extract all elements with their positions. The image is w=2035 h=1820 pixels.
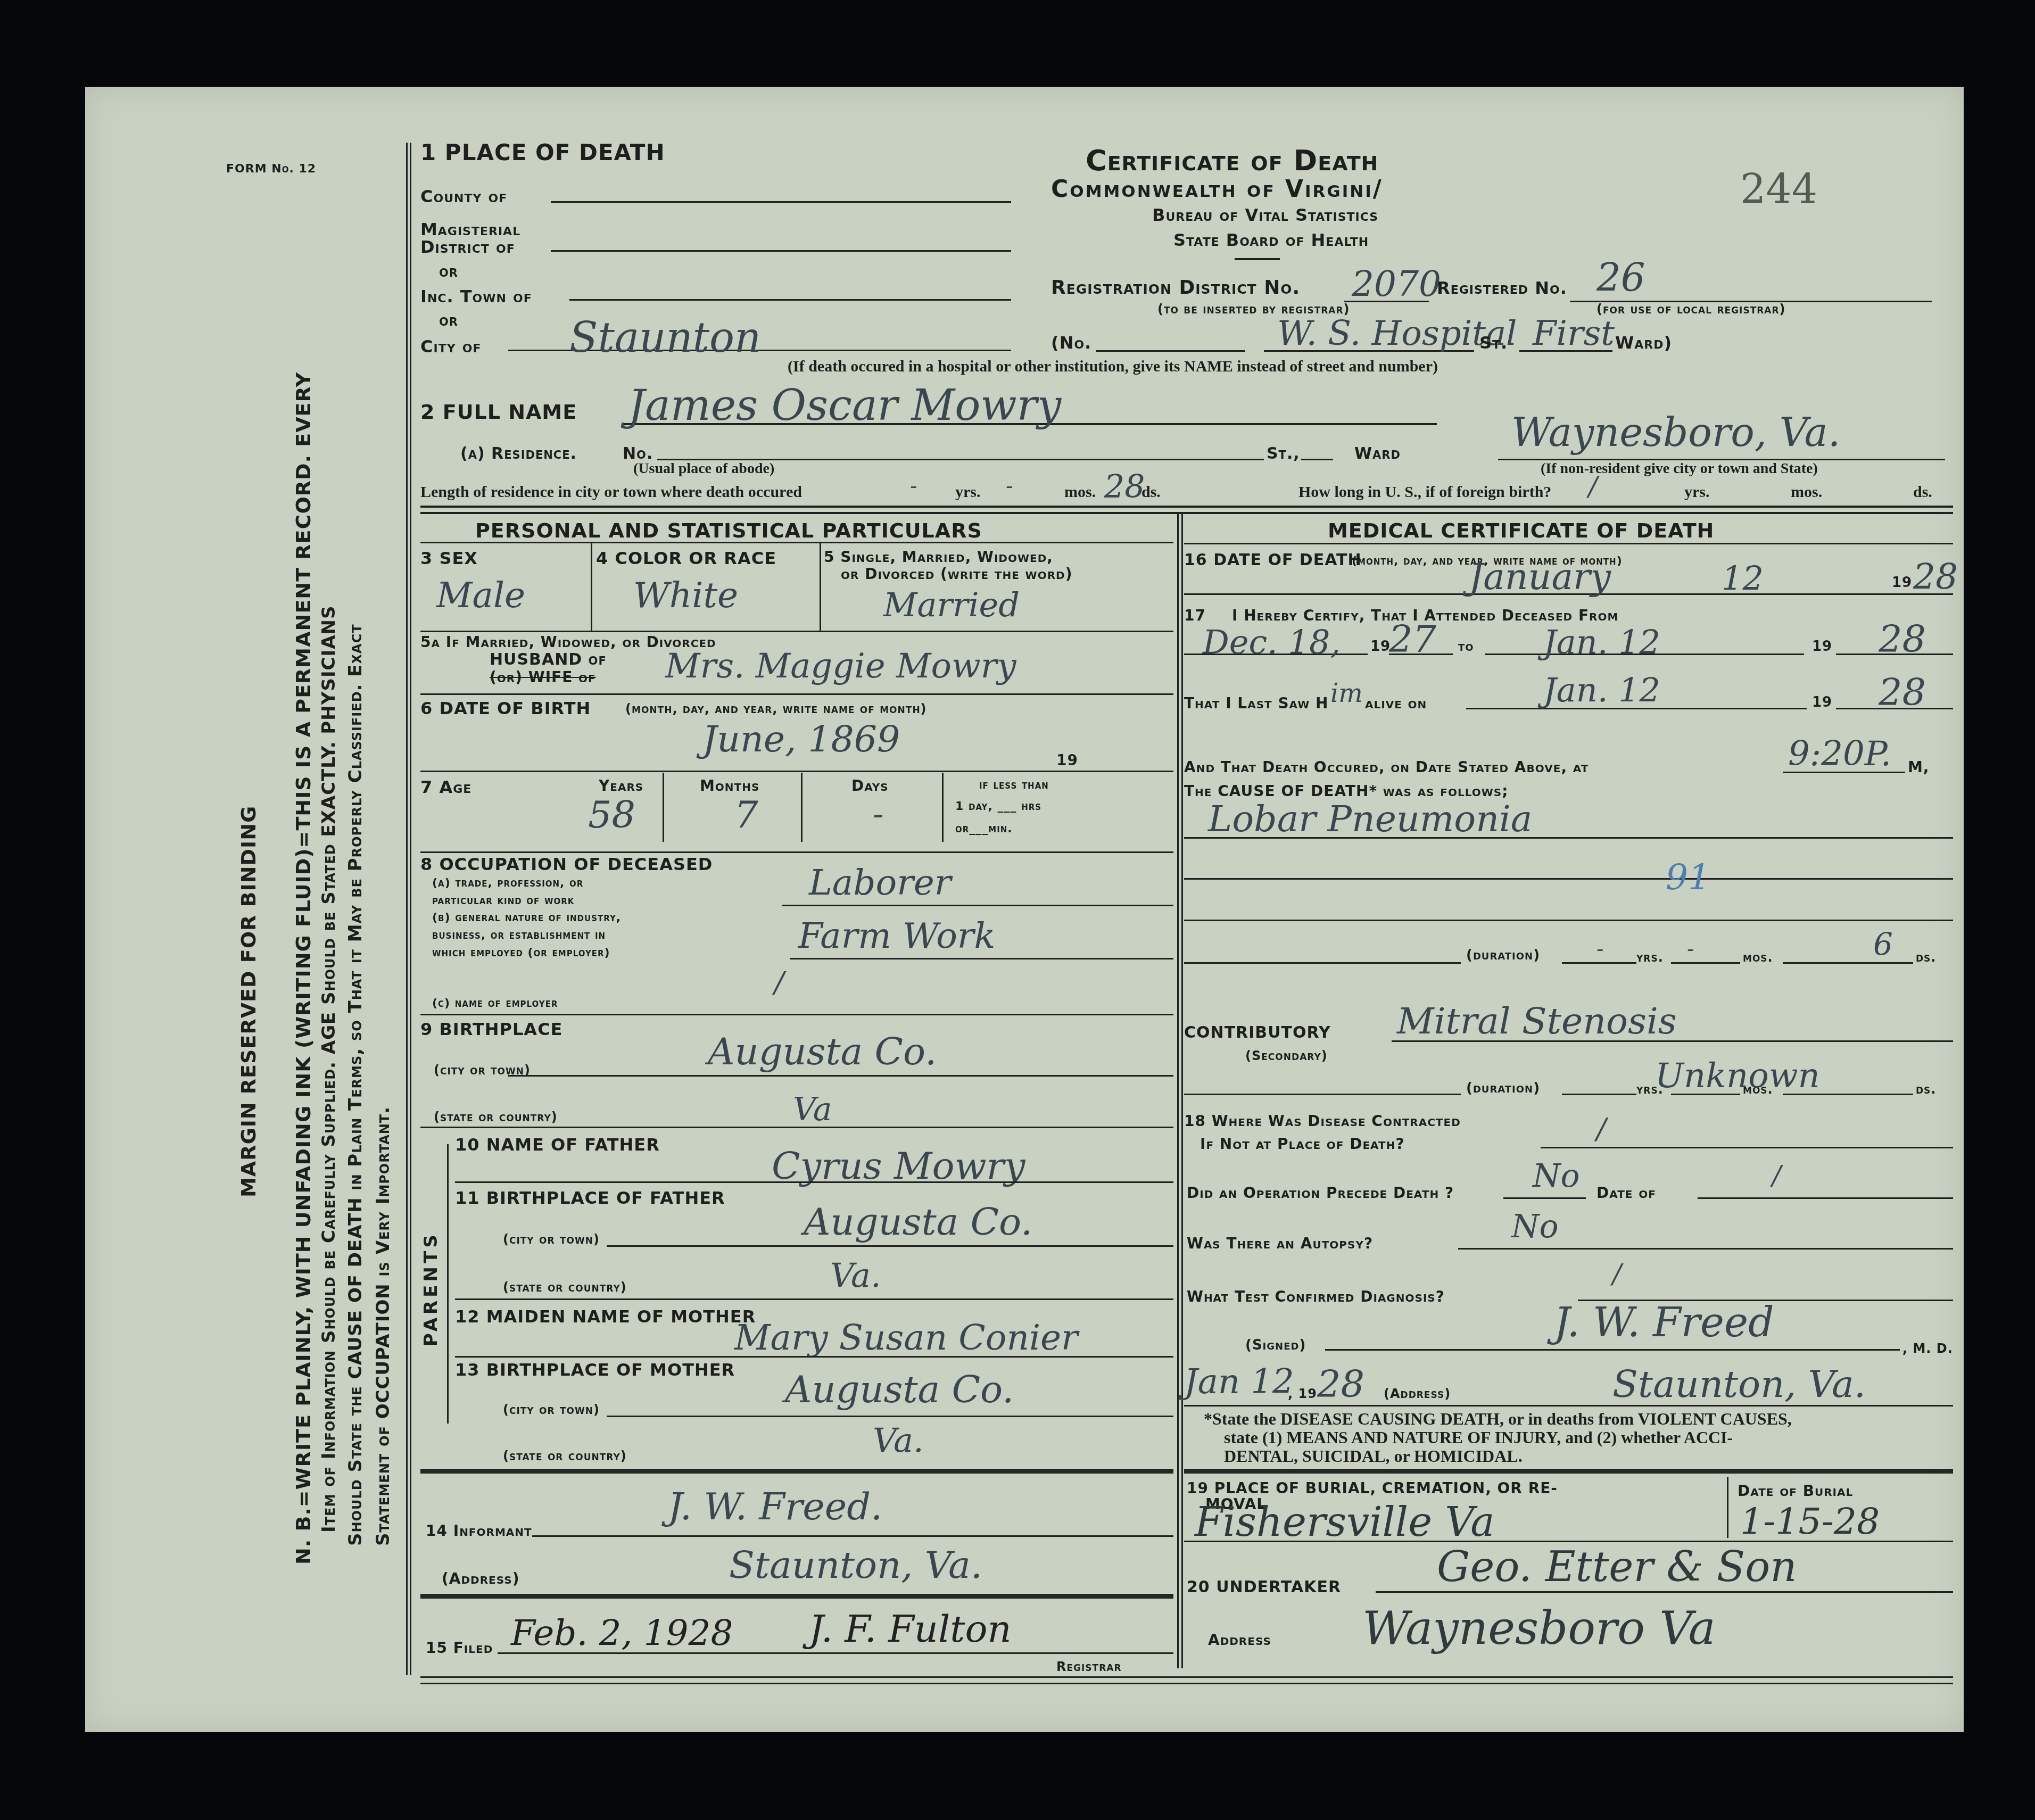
race-label: 4 COLOR OR RACE (596, 548, 776, 568)
duration2-label: (duration) (1466, 1080, 1540, 1096)
row-divider (420, 771, 1173, 772)
marital-label-2: or Divorced (write the word) (841, 565, 1072, 583)
burial-date-label: Date of Burial (1738, 1482, 1853, 1500)
undertaker-address-label: Address (1208, 1631, 1271, 1649)
parents-bracket (447, 1144, 449, 1424)
duration-ds-value: 6 (1873, 926, 1893, 962)
stamp-number: 244 (1740, 165, 1817, 212)
spouse-value: Mrs. Maggie Mowry (665, 647, 1016, 686)
occupation-c-label: (c) name of employer (432, 997, 558, 1010)
age-years-label: Years (599, 777, 643, 795)
filed-date-value: Feb. 2, 1928 (511, 1612, 733, 1653)
mother-state-label: (state or country) (503, 1449, 627, 1463)
ward-value: First (1533, 314, 1615, 353)
street-label: St. (1479, 333, 1508, 353)
duration-yrs-value: - (1596, 937, 1604, 961)
mother-city-field[interactable] (607, 1416, 1173, 1417)
signed-address-value: Staunton, Va. (1612, 1362, 1866, 1406)
age-years-value: 58 (588, 793, 635, 837)
length-ds-label: ds. (1141, 483, 1161, 501)
spouse-label-2: HUSBAND of (490, 650, 607, 669)
dod-month-value: January (1469, 556, 1611, 598)
filed-label: 15 Filed (426, 1639, 493, 1657)
less-than-label-3: or___min. (955, 822, 1013, 835)
inc-town-field[interactable] (569, 299, 1011, 301)
am-pm-label: M, (1908, 758, 1930, 776)
cell-divider (663, 773, 664, 842)
parents-label: PARENTS (420, 1231, 442, 1346)
form-left-border (406, 143, 408, 1675)
father-state-label: (state or country) (503, 1280, 627, 1295)
race-value: White (633, 575, 738, 616)
birthplace-state-value: Va (793, 1091, 832, 1128)
or-label: or (439, 311, 458, 330)
occupation-label: 8 OCCUPATION OF DECEASED (420, 854, 713, 874)
operation-label: Did an Operation Precede Death ? (1187, 1184, 1454, 1202)
last-saw-date-value: Jan. 12 (1543, 671, 1660, 709)
last-saw-19: 19 (1812, 694, 1832, 710)
registered-no-value: 26 (1596, 255, 1645, 300)
margin-instruction-line2: Item of Information Should be Carefully … (318, 606, 340, 1533)
foreign-mos-label: mos. (1791, 483, 1822, 501)
row-divider (1184, 543, 1953, 544)
inc-town-label: Inc. Town of (420, 286, 532, 307)
duration-ds-field[interactable] (1783, 962, 1913, 964)
dod-19: 19 (1892, 575, 1912, 591)
to-label: to (1458, 639, 1474, 655)
operation-value: No (1533, 1157, 1580, 1195)
mother-state-value: Va. (873, 1421, 924, 1460)
father-city-label: (city or town) (503, 1232, 600, 1247)
death-occured-label: And That Death Occured, on Date Stated A… (1184, 758, 1589, 776)
place-of-death-label: 1 PLACE OF DEATH (420, 139, 665, 166)
informant-label: 14 Informant (426, 1522, 532, 1540)
commonwealth-title: Commonwealth of Virgini/ (1051, 176, 1383, 203)
residence-ward-field[interactable] (1301, 459, 1333, 460)
certify-number: 17 (1184, 607, 1206, 624)
burial-date-value: 1-15-28 (1740, 1501, 1880, 1543)
informant-value: J. W. Freed. (668, 1485, 882, 1528)
duration-mos-value: - (1687, 937, 1694, 961)
birthplace-label: 9 BIRTHPLACE (420, 1019, 562, 1039)
alive-on-label: alive on (1365, 694, 1427, 712)
duration-yrs-field[interactable] (1562, 962, 1636, 964)
birthplace-state-label: (state or country) (434, 1110, 558, 1124)
age-days-label: Days (851, 777, 889, 795)
mother-name-value: Mary Susan Conier (734, 1317, 1078, 1358)
section-divider (420, 512, 1953, 514)
marital-label-1: 5 Single, Married, Widowed, (824, 548, 1053, 566)
mother-name-label: 12 MAIDEN NAME OF MOTHER (455, 1306, 756, 1327)
age-label: 7 Age (420, 777, 471, 797)
where-contracted-value: / (1596, 1112, 1606, 1146)
length-yrs-label: yrs. (955, 483, 981, 501)
dod-day-value: 12 (1722, 559, 1764, 598)
informant-address-value: Staunton, Va. (729, 1543, 982, 1587)
occupation-c-value: / (774, 966, 784, 999)
age-months-value: 7 (734, 793, 758, 837)
signed-field[interactable] (1325, 1349, 1900, 1351)
father-state-value: Va. (830, 1256, 881, 1295)
duration-mos-label: mos. (1743, 950, 1773, 965)
spouse-label-3: (or) WIFE of (490, 668, 596, 686)
section-divider (420, 506, 1953, 508)
registered-no-note: (for use of local registrar) (1596, 302, 1786, 317)
length-residence-label: Length of residence in city or town wher… (420, 483, 802, 501)
cause-line-3[interactable] (1184, 920, 1953, 921)
where-contracted-label-1: 18 Where Was Disease Contracted (1184, 1112, 1461, 1130)
header-rule (1235, 258, 1280, 260)
footnote-line-3: DENTAL, SUICIDAL, or HOMICIDAL. (1224, 1446, 1523, 1466)
row-divider (420, 1127, 1173, 1128)
duration-ds-label: ds. (1916, 950, 1936, 965)
last-saw-year-value: 28 (1879, 671, 1926, 714)
sex-label: 3 SEX (420, 548, 478, 568)
registration-district-label: Registration District No. (1051, 277, 1300, 299)
dob-note: (month, day, and year, write name of mon… (625, 701, 927, 716)
undertaker-field[interactable] (1376, 1591, 1953, 1593)
father-name-label: 10 NAME OF FATHER (455, 1135, 660, 1155)
dod-label: 16 DATE OF DEATH (1184, 551, 1362, 569)
district-label: District of (420, 237, 515, 257)
street-number-label: (No. (1051, 333, 1091, 353)
row-divider (455, 1181, 1173, 1183)
residence-value: Waynesboro, Va. (1511, 410, 1840, 456)
attend-from-value: Dec. 18, (1203, 623, 1341, 661)
cell-divider (801, 773, 803, 842)
test-confirmed-value: / (1612, 1259, 1622, 1289)
attend-from-19: 19 (1370, 639, 1391, 655)
md-label: , M. D. (1902, 1341, 1953, 1356)
informant-address-label: (Address) (442, 1570, 519, 1587)
city-value: Staunton (569, 314, 761, 362)
mother-city-value: Augusta Co. (785, 1368, 1014, 1411)
footnote-line-1: *State the DISEASE CAUSING DEATH, or in … (1204, 1409, 1792, 1429)
signed-19: , 19 (1288, 1386, 1317, 1401)
occupation-b-label-2: business, or establishment in (432, 929, 606, 942)
footnote-line-2: state (1) MEANS AND NATURE OF INJURY, an… (1224, 1428, 1733, 1447)
registration-district-value: 2070 (1352, 263, 1441, 304)
row-divider (1184, 1541, 1953, 1542)
certificate-paper (85, 87, 1964, 1732)
operation-date-field[interactable] (1698, 1197, 1953, 1199)
row-divider (455, 1356, 1173, 1358)
father-city-value: Augusta Co. (804, 1200, 1032, 1244)
occupation-b-label-1: (b) general nature of industry, (432, 911, 621, 924)
margin-binding-note: MARGIN RESERVED FOR BINDING (237, 806, 260, 1197)
form-left-border-inner (410, 143, 411, 1675)
bottom-rule (420, 1683, 1953, 1684)
margin-instruction-line3: Should State the CAUSE OF DEATH in Plain… (345, 624, 366, 1546)
row-divider (1184, 1469, 1953, 1474)
cell-divider (820, 543, 821, 631)
undertaker-address-value: Waynesboro Va (1362, 1602, 1716, 1655)
residence-ward-label: Ward (1354, 444, 1401, 463)
full-name-label: 2 FULL NAME (420, 400, 577, 424)
column-divider-inner (1181, 514, 1183, 1668)
residence-st-label: St., (1267, 444, 1300, 463)
cause-line-2[interactable] (1184, 878, 1953, 880)
attend-from-year-value: 27 (1389, 617, 1436, 661)
undertaker-label: 20 UNDERTAKER (1187, 1578, 1341, 1596)
duration-label: (duration) (1466, 947, 1540, 963)
occupation-a-label-2: particular kind of work (432, 894, 574, 907)
dob-value: June, 1869 (702, 718, 900, 760)
duration-mos-field[interactable] (1671, 962, 1740, 964)
less-than-label-2: 1 day, ___ hrs (955, 800, 1041, 813)
row-divider (420, 1014, 1173, 1015)
medical-heading: MEDICAL CERTIFICATE OF DEATH (1328, 519, 1714, 542)
foreign-birth-label: How long in U. S., if of foreign birth? (1298, 483, 1551, 501)
occupation-a-field[interactable] (782, 905, 1173, 906)
registrar-signature: J. F. Fulton (809, 1607, 1012, 1651)
father-city-field[interactable] (607, 1245, 1173, 1247)
bureau-title: Bureau of Vital Statistics (1152, 205, 1378, 225)
undertaker-value: Geo. Etter & Son (1437, 1543, 1797, 1591)
mother-birthplace-label: 13 BIRTHPLACE OF MOTHER (455, 1360, 735, 1380)
hospital-note: (If death occured in a hospital or other… (788, 358, 1438, 376)
operation-date-value: / (1772, 1160, 1781, 1191)
duration-blank[interactable] (1184, 962, 1461, 964)
last-saw-label: That I Last Saw H (1184, 694, 1328, 712)
burial-place-label-1: 19 PLACE OF BURIAL, CREMATION, OR RE- (1187, 1479, 1558, 1497)
physician-signature: J. W. Freed (1554, 1298, 1774, 1346)
where-contracted-label-2: If Not at Place of Death? (1200, 1135, 1405, 1153)
sex-value: Male (436, 575, 525, 616)
row-divider (420, 1594, 1173, 1599)
form-number: FORM No. 12 (226, 162, 316, 176)
city-label: City of (420, 336, 481, 357)
death-time-value: 9:20P. (1788, 734, 1891, 774)
informant-field[interactable] (532, 1535, 1173, 1537)
residence-label: (a) Residence. (460, 444, 577, 463)
occupation-b-field[interactable] (790, 958, 1173, 959)
father-birthplace-label: 11 BIRTHPLACE OF FATHER (455, 1188, 725, 1208)
nonresident-note: (If non-resident give city or town and S… (1541, 460, 1818, 477)
length-yrs-value: - (910, 474, 917, 498)
test-confirmed-label: What Test Confirmed Diagnosis? (1187, 1288, 1445, 1305)
cell-divider (1727, 1477, 1728, 1538)
signed-year-value: 28 (1317, 1362, 1364, 1406)
age-days-value: - (873, 796, 883, 833)
foreign-birth-value: / (1589, 471, 1598, 502)
date-of-label: Date of (1596, 1184, 1656, 1202)
contributory-value: Mitral Stenosis (1397, 1000, 1677, 1043)
burial-place-value: Fishersville Va (1195, 1498, 1495, 1545)
signed-date-value: Jan 12 (1184, 1362, 1294, 1402)
certificate-title: Certificate of Death (1086, 144, 1378, 177)
row-divider (420, 542, 1173, 543)
last-saw-him-value: im (1330, 679, 1363, 708)
district-field[interactable] (551, 250, 1011, 252)
length-mos-label: mos. (1064, 483, 1096, 501)
birthplace-city-value: Augusta Co. (708, 1030, 937, 1073)
row-divider (420, 693, 1173, 695)
secondary-label: (Secondary) (1245, 1048, 1328, 1063)
mother-city-label: (city or town) (503, 1402, 600, 1417)
marital-value: Married (883, 585, 1020, 624)
occupation-b-label-3: which employed (or employer) (432, 946, 610, 959)
occupation-a-label-1: (a) trade, profession, or (432, 876, 583, 890)
cell-divider (942, 773, 944, 842)
row-divider (455, 1298, 1173, 1300)
cause-label: The CAUSE OF DEATH* was as follows; (1184, 782, 1508, 800)
length-mos-value: - (1006, 474, 1013, 498)
where-contracted-field[interactable] (1541, 1147, 1953, 1148)
contributory-label: CONTRIBUTORY (1184, 1023, 1331, 1042)
street-number-field[interactable] (1096, 350, 1245, 352)
duration2-blank[interactable] (1184, 1094, 1461, 1095)
dod-year-value: 28 (1913, 556, 1958, 597)
cause-value: Lobar Pneumonia (1208, 798, 1532, 840)
margin-instruction-line1: N. B.=WRITE PLAINLY, WITH UNFADING INK (… (292, 372, 315, 1565)
autopsy-field[interactable] (1458, 1248, 1953, 1250)
row-divider (420, 1469, 1173, 1474)
age-months-label: Months (700, 777, 759, 795)
or-label: or (439, 262, 458, 281)
signed-label: (Signed) (1245, 1337, 1306, 1353)
column-divider (1177, 514, 1179, 1668)
attend-to-value: Jan. 12 (1543, 623, 1660, 661)
birthplace-city-field[interactable] (508, 1075, 1173, 1077)
dob-19: 19 (1056, 751, 1078, 769)
occupation-b-value: Farm Work (798, 915, 995, 956)
autopsy-value: No (1511, 1208, 1559, 1245)
margin-instruction-line4: Statement of OCCUPATION is Very Importan… (373, 1106, 394, 1546)
foreign-yrs-label: yrs. (1684, 483, 1710, 501)
registrar-label: Registrar (1056, 1659, 1122, 1674)
county-label: County of (420, 186, 507, 206)
row-divider (420, 851, 1173, 853)
length-ds-value: 28 (1104, 468, 1145, 506)
less-than-label-1: if less than (979, 779, 1049, 792)
operation-field[interactable] (1503, 1197, 1586, 1199)
occupation-a-value: Laborer (809, 862, 951, 903)
abode-note: (Usual place of abode) (633, 460, 774, 477)
autopsy-label: Was There an Autopsy? (1187, 1235, 1373, 1252)
board-title: State Board of Health (1173, 230, 1369, 250)
cause-code: 91 (1666, 857, 1710, 898)
signed-address-label: (Address) (1384, 1386, 1451, 1401)
attend-to-19: 19 (1812, 639, 1832, 655)
dob-label: 6 DATE OF BIRTH (420, 698, 591, 718)
ward-label: Ward) (1615, 333, 1672, 353)
attend-to-year-value: 28 (1879, 617, 1926, 661)
duration2-yrs-field[interactable] (1562, 1094, 1636, 1095)
registered-no-label: Registered No. (1437, 278, 1567, 298)
cell-divider (591, 543, 592, 631)
personal-heading: PERSONAL AND STATISTICAL PARTICULARS (475, 519, 982, 542)
full-name-value: James Oscar Mowry (628, 380, 1061, 430)
duration2-value: Unknown (1655, 1056, 1820, 1096)
row-divider (420, 631, 1173, 632)
county-field[interactable] (551, 201, 1011, 203)
bottom-rule (420, 1676, 1953, 1678)
duration2-ds-label: ds. (1916, 1082, 1936, 1097)
foreign-ds-label: ds. (1913, 483, 1932, 501)
duration-yrs-label: yrs. (1636, 950, 1664, 965)
